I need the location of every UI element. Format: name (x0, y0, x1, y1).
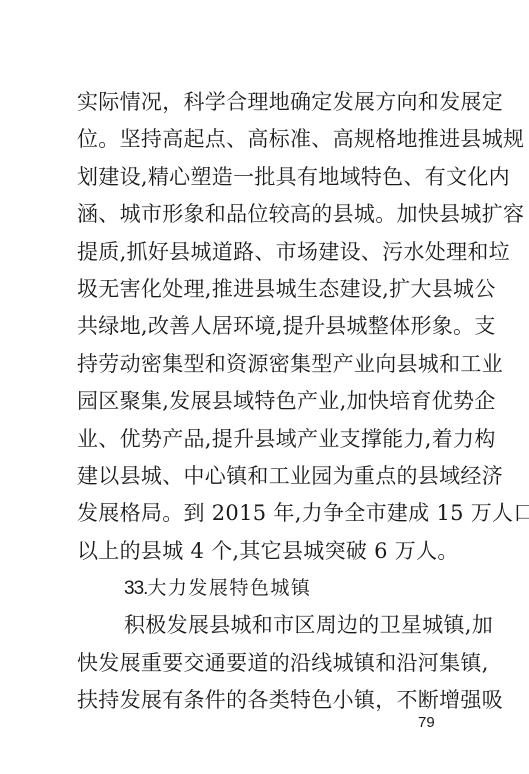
text-line: 共绿地,改善人居环境,提升县城整体形象。支 (77, 308, 457, 345)
text-line: 快发展重要交通要道的沿线城镇和沿河集镇, (77, 645, 457, 682)
body-text: 实际情况，科学合理地确定发展方向和发展定 位。坚持高起点、高标准、高规格地推进县… (77, 84, 457, 720)
text-line: 扶持发展有条件的各类特色小镇，不断增强吸 (77, 682, 457, 719)
text-line: 发展格局。到 2015 年,力争全市建成 15 万人口 (77, 495, 457, 532)
text-line: 圾无害化处理,推进县城生态建设,扩大县城公 (77, 271, 457, 308)
section-heading: 33.大力发展特色城镇 (77, 570, 457, 607)
text-line: 业、优势产品,提升县域产业支撑能力,着力构 (77, 421, 457, 458)
text-line: 持劳动密集型和资源密集型产业向县城和工业 (77, 346, 457, 383)
page-number: 79 (418, 714, 435, 731)
text-line: 涵、城市形象和品位较高的县城。加快县城扩容 (77, 196, 457, 233)
text-line: 划建设,精心塑造一批具有地域特色、有文化内 (77, 159, 457, 196)
section-title: 大力发展特色城镇 (147, 577, 311, 599)
text-line: 提质,抓好县城道路、市场建设、污水处理和垃 (77, 234, 457, 271)
document-page: 实际情况，科学合理地确定发展方向和发展定 位。坚持高起点、高标准、高规格地推进县… (0, 0, 529, 774)
text-line: 园区聚集,发展县域特色产业,加快培育优势企 (77, 383, 457, 420)
section-number: 33. (124, 578, 147, 599)
text-line: 以上的县城 4 个,其它县城突破 6 万人。 (77, 533, 457, 570)
text-line: 位。坚持高起点、高标准、高规格地推进县城规 (77, 121, 457, 158)
text-line: 实际情况，科学合理地确定发展方向和发展定 (77, 84, 457, 121)
text-line: 建以县城、中心镇和工业园为重点的县域经济 (77, 458, 457, 495)
paragraph-first-line: 积极发展县城和市区周边的卫星城镇,加 (77, 607, 457, 644)
